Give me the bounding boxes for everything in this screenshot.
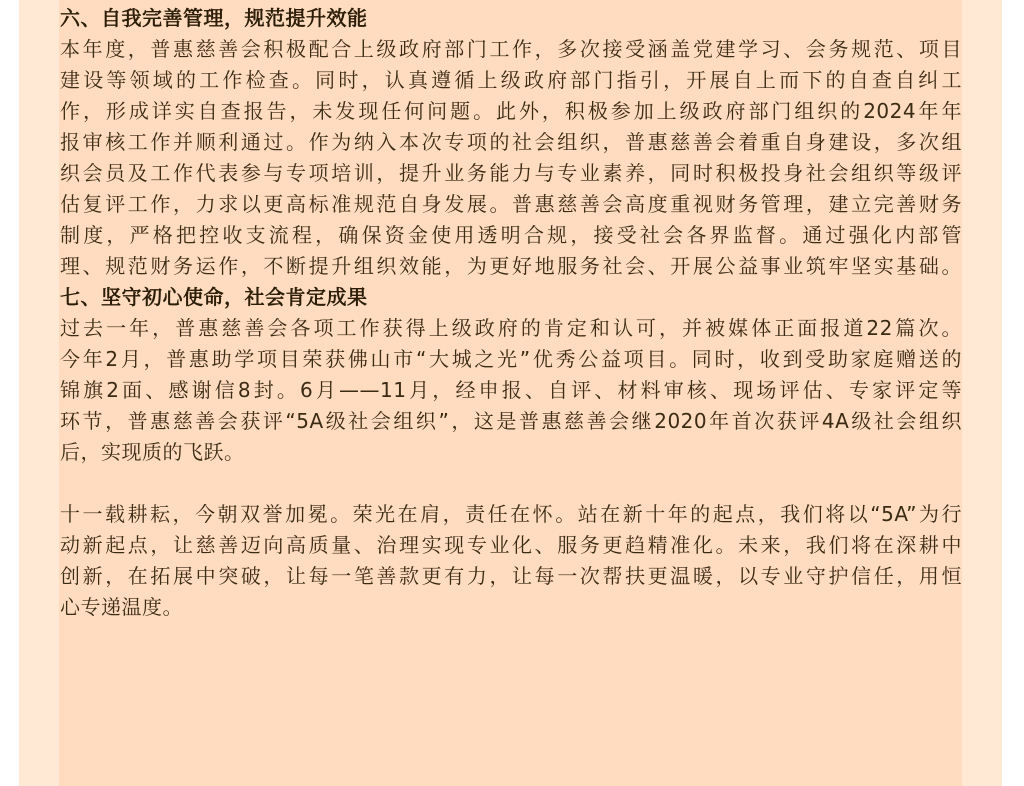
paragraph-line: 估复评工作，力求以更高标准规范自身发展。普惠慈善会高度重视财务管理，建立完善财务 <box>60 189 962 220</box>
paragraph-line: 过去一年，普惠慈善会各项工作获得上级政府的肯定和认可，并被媒体正面报道22篇次。 <box>60 313 962 344</box>
paragraph-line: 制度，严格把控收支流程，确保资金使用透明合规，接受社会各界监督。通过强化内部管 <box>60 220 962 251</box>
paragraph-spacer <box>60 468 962 499</box>
paragraph-line: 理、规范财务运作，不断提升组织效能，为更好地服务社会、开展公益事业筑牢坚实基础。 <box>60 251 962 282</box>
article-body: 六、自我完善管理，规范提升效能 本年度，普惠慈善会积极配合上级政府部门工作，多次… <box>60 3 962 623</box>
closing-line: 十一载耕耘，今朝双誉加冕。荣光在肩，责任在怀。站在新十年的起点，我们将以“5A”… <box>60 499 962 530</box>
paragraph-line: 作，形成详实自查报告，未发现任何问题。此外，积极参加上级政府部门组织的2024年… <box>60 96 962 127</box>
closing-line: 动新起点，让慈善迈向高质量、治理实现专业化、服务更趋精准化。未来，我们将在深耕中 <box>60 530 962 561</box>
paragraph-line: 环节，普惠慈善会获评“5A级社会组织”，这是普惠慈善会继2020年首次获评4A级… <box>60 406 962 437</box>
paragraph-line: 锦旗2面、感谢信8封。6月——11月，经申报、自评、材料审核、现场评估、专家评定… <box>60 375 962 406</box>
closing-line: 心专递温度。 <box>60 592 962 623</box>
section-heading-6: 六、自我完善管理，规范提升效能 <box>60 3 962 34</box>
paragraph-line: 织会员及工作代表参与专项培训，提升业务能力与专业素养，同时积极投身社会组织等级评 <box>60 158 962 189</box>
paragraph-line: 报审核工作并顺利通过。作为纳入本次专项的社会组织，普惠慈善会着重自身建设，多次组 <box>60 127 962 158</box>
closing-line: 创新，在拓展中突破，让每一笔善款更有力，让每一次帮扶更温暖，以专业守护信任，用恒 <box>60 561 962 592</box>
paragraph-line: 今年2月，普惠助学项目荣获佛山市“大城之光”优秀公益项目。同时，收到受助家庭赠送… <box>60 344 962 375</box>
paragraph-line: 后，实现质的飞跃。 <box>60 437 962 468</box>
paragraph-line: 建设等领域的工作检查。同时，认真遵循上级政府部门指引，开展自上而下的自查自纠工 <box>60 65 962 96</box>
section-heading-7: 七、坚守初心使命，社会肯定成果 <box>60 282 962 313</box>
paragraph-line: 本年度，普惠慈善会积极配合上级政府部门工作，多次接受涵盖党建学习、会务规范、项目 <box>60 34 962 65</box>
